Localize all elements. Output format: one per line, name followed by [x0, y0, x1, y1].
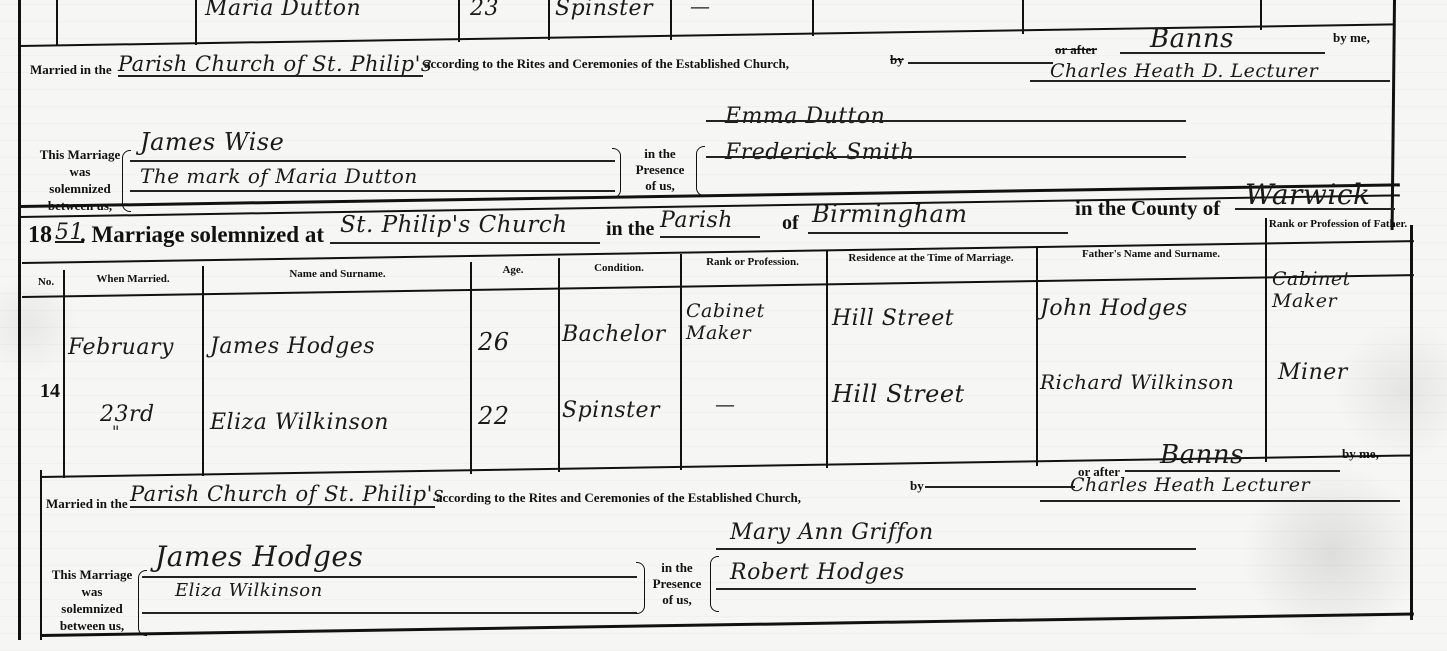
- underline: [925, 486, 1075, 488]
- prev-party-2-signature: The mark of Maria Dutton: [140, 164, 418, 188]
- prev-by-me-label: by me,: [1333, 30, 1370, 46]
- underline: [1235, 208, 1395, 210]
- page-right-border-lower: [1410, 225, 1413, 620]
- label-line: This Marriage: [30, 146, 130, 163]
- groom-rank: Cabinet Maker: [686, 300, 821, 344]
- label-line: of us,: [642, 592, 712, 608]
- register-header-county: Warwick: [1245, 178, 1371, 211]
- underline: [1125, 470, 1340, 472]
- prev-witness-2-signature: Frederick Smith: [725, 140, 915, 165]
- solemnized-label: This Marriage was solemnized between us,: [42, 566, 142, 634]
- underline: [118, 75, 423, 77]
- register-header-of-label: of: [782, 212, 799, 235]
- bride-age: 22: [478, 402, 510, 430]
- prev-entry-condition: Spinster: [555, 0, 653, 21]
- label-line: of us,: [620, 178, 700, 194]
- groom-condition: Bachelor: [562, 322, 666, 347]
- underline: [716, 588, 1196, 590]
- bride-rank: —: [715, 392, 736, 416]
- bride-father-name: Richard Wilkinson: [1040, 370, 1260, 394]
- prev-married-in-label: Married in the: [30, 62, 112, 78]
- by-me-label: by me,: [1342, 446, 1379, 462]
- rites-text: according to the Rites and Ceremonies of…: [436, 490, 801, 506]
- prev-by-label: by: [890, 52, 904, 68]
- col-header-when-married: When Married.: [68, 273, 198, 285]
- prev-entry-name: Maria Dutton: [205, 0, 361, 21]
- prev-entry-age: 23: [470, 0, 499, 21]
- lower-left-border: [40, 470, 42, 640]
- label-line: solemnized: [30, 180, 130, 197]
- bride-name: Eliza Wilkinson: [210, 410, 389, 435]
- brace: [710, 556, 719, 612]
- presence-label: in the Presence of us,: [642, 560, 712, 608]
- underline: [1120, 52, 1325, 54]
- underline: [716, 548, 1196, 550]
- prev-witness-1-signature: Emma Dutton: [725, 104, 885, 129]
- bride-father-rank: Miner: [1278, 360, 1348, 385]
- label-line: This Marriage: [42, 566, 142, 583]
- register-header-county-label: in the County of: [1075, 196, 1220, 221]
- prev-officiant-signature: Charles Heath D. Lecturer: [1050, 60, 1318, 82]
- groom-father-rank: Cabinet Maker: [1272, 268, 1402, 312]
- prev-rites-text: according to the Rites and Ceremonies of…: [424, 56, 789, 72]
- col-divider: [470, 262, 472, 474]
- label-line: Presence: [620, 162, 700, 178]
- brace: [138, 570, 147, 636]
- col-header-residence: Residence at the Time of Marriage.: [826, 252, 1036, 264]
- col-divider: [63, 270, 65, 478]
- underline: [808, 232, 1068, 234]
- page-left-border: [18, 0, 21, 640]
- underline: [130, 506, 435, 508]
- party-1-signature: James Hodges: [155, 540, 363, 573]
- underline: [130, 160, 615, 162]
- label-line: Presence: [642, 576, 712, 592]
- col-header-father-rank: Rank or Profession of Father.: [1268, 218, 1408, 230]
- col-header-rank: Rank or Profession.: [680, 256, 825, 268]
- witness-1-signature: Mary Ann Griffon: [730, 520, 934, 545]
- married-in-label: Married in the: [46, 496, 128, 512]
- label-line: in the: [620, 146, 700, 162]
- col-divider: [548, 0, 550, 40]
- brace: [696, 146, 705, 196]
- col-header-age: Age.: [468, 264, 558, 276]
- officiant-signature: Charles Heath Lecturer: [1070, 474, 1310, 496]
- party-2-signature: Eliza Wilkinson: [175, 580, 323, 601]
- col-divider: [812, 0, 814, 36]
- prev-entry-rank: —: [690, 0, 711, 18]
- col-divider: [56, 0, 58, 45]
- underline: [142, 612, 637, 614]
- col-header-condition: Condition.: [558, 262, 680, 274]
- by-label: by: [910, 478, 924, 494]
- register-header-parish: Parish: [660, 208, 733, 233]
- col-divider: [202, 266, 204, 476]
- married-in-church: Parish Church of St. Philip's: [130, 482, 444, 506]
- prev-or-after-value: Banns: [1150, 24, 1234, 54]
- entry-date-month: February: [68, 335, 174, 360]
- underline: [1030, 80, 1390, 82]
- col-divider: [680, 254, 682, 470]
- underline: [908, 62, 1053, 64]
- col-divider: [826, 250, 828, 468]
- groom-father-name: John Hodges: [1040, 296, 1188, 321]
- label-line: in the: [642, 560, 712, 576]
- col-divider: [1265, 218, 1267, 462]
- label-line: between us,: [42, 617, 142, 634]
- or-after-value: Banns: [1160, 440, 1244, 470]
- col-divider: [1036, 246, 1038, 466]
- entry-number: 14: [40, 380, 60, 403]
- register-header-place: St. Philip's Church: [340, 212, 568, 238]
- col-divider: [558, 258, 560, 472]
- label-line: was: [30, 163, 130, 180]
- underline: [1040, 500, 1400, 502]
- register-header-year-prefix: 18: [28, 222, 52, 249]
- bride-residence: Hill Street: [832, 380, 965, 408]
- underline: [142, 576, 637, 578]
- bride-condition: Spinster: [562, 398, 660, 423]
- underline: [330, 242, 600, 244]
- underline: [660, 236, 760, 238]
- col-header-name: Name and Surname.: [205, 268, 470, 280]
- witness-2-signature: Robert Hodges: [730, 560, 905, 585]
- groom-residence: Hill Street: [832, 306, 954, 331]
- register-header-town: Birmingham: [812, 200, 968, 228]
- col-divider: [458, 0, 460, 42]
- register-header-in-the-label: in the: [606, 218, 654, 241]
- prev-or-after-label: or after: [1055, 42, 1097, 58]
- entry-date-ditto: ": [112, 422, 120, 441]
- underline: [706, 120, 1186, 122]
- label-line: was: [42, 583, 142, 600]
- prev-party-1-signature: James Wise: [140, 128, 284, 156]
- groom-name: James Hodges: [210, 334, 375, 359]
- label-line: solemnized: [42, 600, 142, 617]
- col-divider: [195, 0, 197, 45]
- col-header-father-name: Father's Name and Surname.: [1036, 248, 1266, 260]
- groom-age: 26: [478, 328, 510, 356]
- underline: [130, 190, 615, 192]
- underline: [706, 156, 1186, 158]
- col-header-no: No.: [30, 276, 62, 288]
- register-header-solemnized-label: . Marriage solemnized at: [80, 222, 324, 248]
- entry-date-day: 23rd: [100, 402, 155, 427]
- prev-presence-label: in the Presence of us,: [620, 146, 700, 194]
- prev-married-in-church: Parish Church of St. Philip's: [118, 52, 432, 76]
